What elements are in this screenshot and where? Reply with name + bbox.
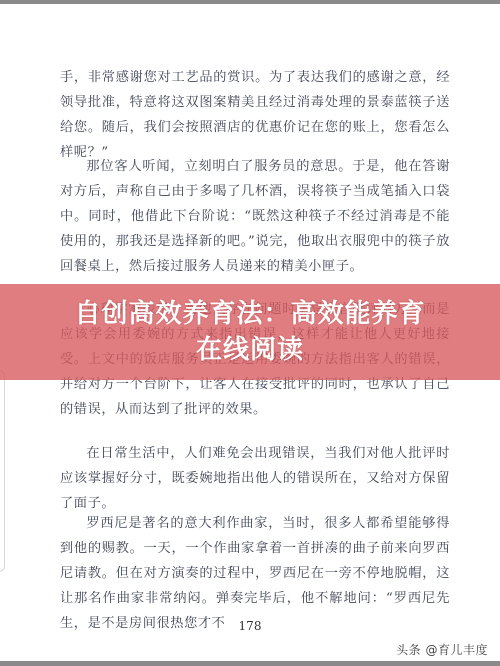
paragraph-1: 手，非常感谢您对工艺品的赏识。为了表达我们的感谢之意，经领导批准，特意将这双图案… bbox=[60, 65, 450, 165]
paragraph-2: 那位客人听闻，立刻明白了服务员的意思。于是，他在答谢对方后，声称自己由于多喝了几… bbox=[60, 154, 450, 279]
banner-title-line-2: 在线阅读 bbox=[196, 332, 304, 368]
bottom-frame-bar bbox=[0, 661, 500, 666]
paragraph-5: 罗西尼是著名的意大利作曲家，当时，很多人都希望能够得到他的赐教。一天，一个作曲家… bbox=[60, 511, 450, 636]
side-panel-edge bbox=[0, 370, 5, 572]
page-number: 178 bbox=[0, 619, 500, 633]
paragraph-4: 在日常生活中，人们难免会出现错误，当我们对他人批评时应该掌握好分寸，既委婉地指出… bbox=[60, 441, 450, 516]
source-watermark: 头条 @育儿丰度 bbox=[396, 641, 488, 658]
banner-title-line-1: 自创高效养育法：高效能养育 bbox=[74, 296, 425, 332]
title-banner-overlay: 自创高效养育法：高效能养育 在线阅读 bbox=[0, 284, 500, 380]
